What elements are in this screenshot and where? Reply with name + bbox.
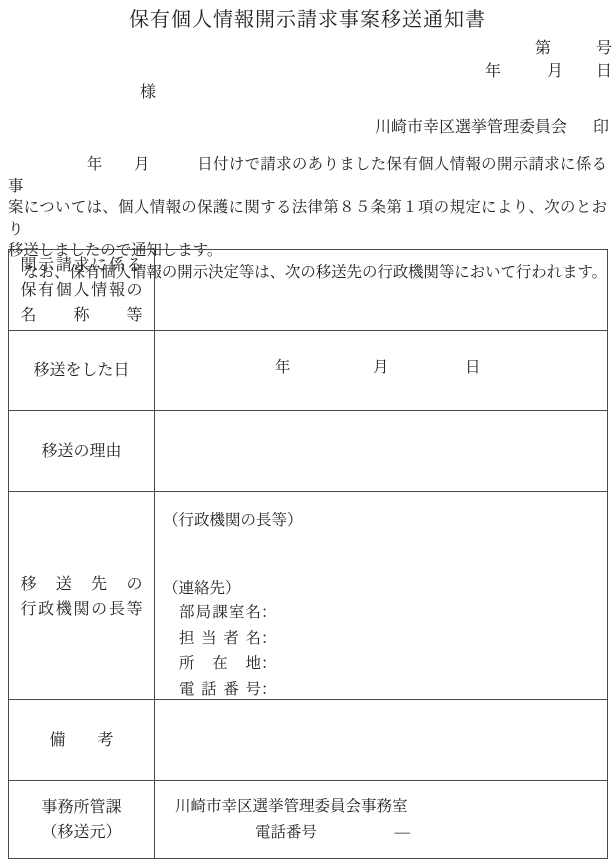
contact-field-label: 部局課室名 [179, 600, 261, 626]
cell-remarks-value [155, 700, 607, 780]
row-label-destination-agency: 移送先の 行政機関の長等 [9, 492, 155, 702]
label-line: 移送をした日 [33, 358, 129, 383]
seal-mark: 印 [593, 119, 609, 136]
label-line: 移送の理由 [41, 439, 121, 464]
row-label-transfer-date: 移送をした日 [9, 331, 155, 410]
contact-field-person: 担当者名： [155, 626, 607, 652]
paragraph-line-2: 案については、個人情報の保護に関する法律第８５条第１項の規定により、次のとおり [8, 197, 607, 240]
label-line: 移送先の [21, 572, 143, 597]
table-row-requested-info: 開示請求に係る 保有個人情報の 名称等 [9, 250, 607, 330]
table-row-transfer-reason: 移送の理由 [9, 410, 607, 491]
field-colon: ： [261, 630, 277, 647]
header-date-day: 日 [596, 63, 612, 80]
field-colon: ： [261, 604, 277, 621]
destination-contact-heading: （連絡先） [155, 578, 607, 600]
contact-field-label: 担当者名 [179, 626, 261, 652]
doc-number-prefix: 第 [535, 40, 551, 57]
cell-source-office-value: 川崎市幸区選挙管理委員会事務室 電話番号 ― [155, 781, 607, 858]
transfer-date-month: 月 [373, 355, 389, 377]
cell-transfer-reason-value [155, 411, 607, 491]
label-line: 備 考 [49, 728, 113, 753]
table-row-remarks: 備 考 [9, 699, 607, 780]
destination-agency-head-heading: （行政機関の長等） [155, 510, 607, 532]
document-title: 保有個人情報開示請求事案移送通知書 [0, 3, 615, 32]
row-label-remarks: 備 考 [9, 700, 155, 780]
issuer-name: 川崎市幸区選挙管理委員会 [375, 119, 567, 136]
contact-field-phone: 電話番号： [155, 677, 607, 703]
transfer-detail-table: 開示請求に係る 保有個人情報の 名称等 移送をした日 年 月 日 移送の理由 [8, 249, 608, 859]
contact-field-label: 電話番号 [179, 677, 261, 703]
row-label-transfer-reason: 移送の理由 [9, 411, 155, 491]
table-row-source-office: 事務所管課 （移送元） 川崎市幸区選挙管理委員会事務室 電話番号 ― [9, 780, 607, 858]
label-line: 開示請求に係る [21, 253, 143, 278]
transfer-date-year: 年 [275, 355, 291, 377]
document-page: 保有個人情報開示請求事案移送通知書 第 号 年 月 日 様 川崎市幸区選挙管理委… [0, 0, 615, 865]
table-row-transfer-date: 移送をした日 年 月 日 [9, 330, 607, 410]
row-label-source-office: 事務所管課 （移送元） [9, 781, 155, 858]
source-office-phone: 電話番号 ― [155, 820, 607, 846]
addressee-honorific: 様 [140, 84, 156, 101]
contact-field-bureau: 部局課室名： [155, 600, 607, 626]
cell-destination-agency-value: （行政機関の長等） （連絡先） 部局課室名： 担当者名： 所在地： 電話番号： [155, 492, 607, 702]
field-colon: ： [261, 655, 277, 672]
label-line: （移送元） [41, 820, 121, 845]
doc-number-suffix: 号 [596, 40, 612, 57]
source-office-name: 川崎市幸区選挙管理委員会事務室 [155, 794, 607, 820]
field-colon: ： [261, 681, 277, 698]
table-row-destination-agency: 移送先の 行政機関の長等 （行政機関の長等） （連絡先） 部局課室名： 担当者名… [9, 491, 607, 699]
cell-requested-info-value [155, 250, 607, 330]
header-date-year: 年 [485, 63, 501, 80]
label-line: 行政機関の長等 [21, 597, 143, 622]
cell-transfer-date-value: 年 月 日 [155, 331, 607, 410]
header-date-month: 月 [547, 63, 563, 80]
contact-field-label: 所在地 [179, 651, 261, 677]
transfer-date-day: 日 [465, 355, 481, 377]
label-line: 保有個人情報の [21, 278, 143, 303]
contact-field-address: 所在地： [155, 651, 607, 677]
label-line: 名称等 [21, 303, 143, 328]
label-line: 事務所管課 [41, 795, 121, 820]
paragraph-line-1: 年 月 日付けで請求のありました保有個人情報の開示請求に係る事 [8, 154, 607, 197]
row-label-requested-info: 開示請求に係る 保有個人情報の 名称等 [9, 250, 155, 330]
